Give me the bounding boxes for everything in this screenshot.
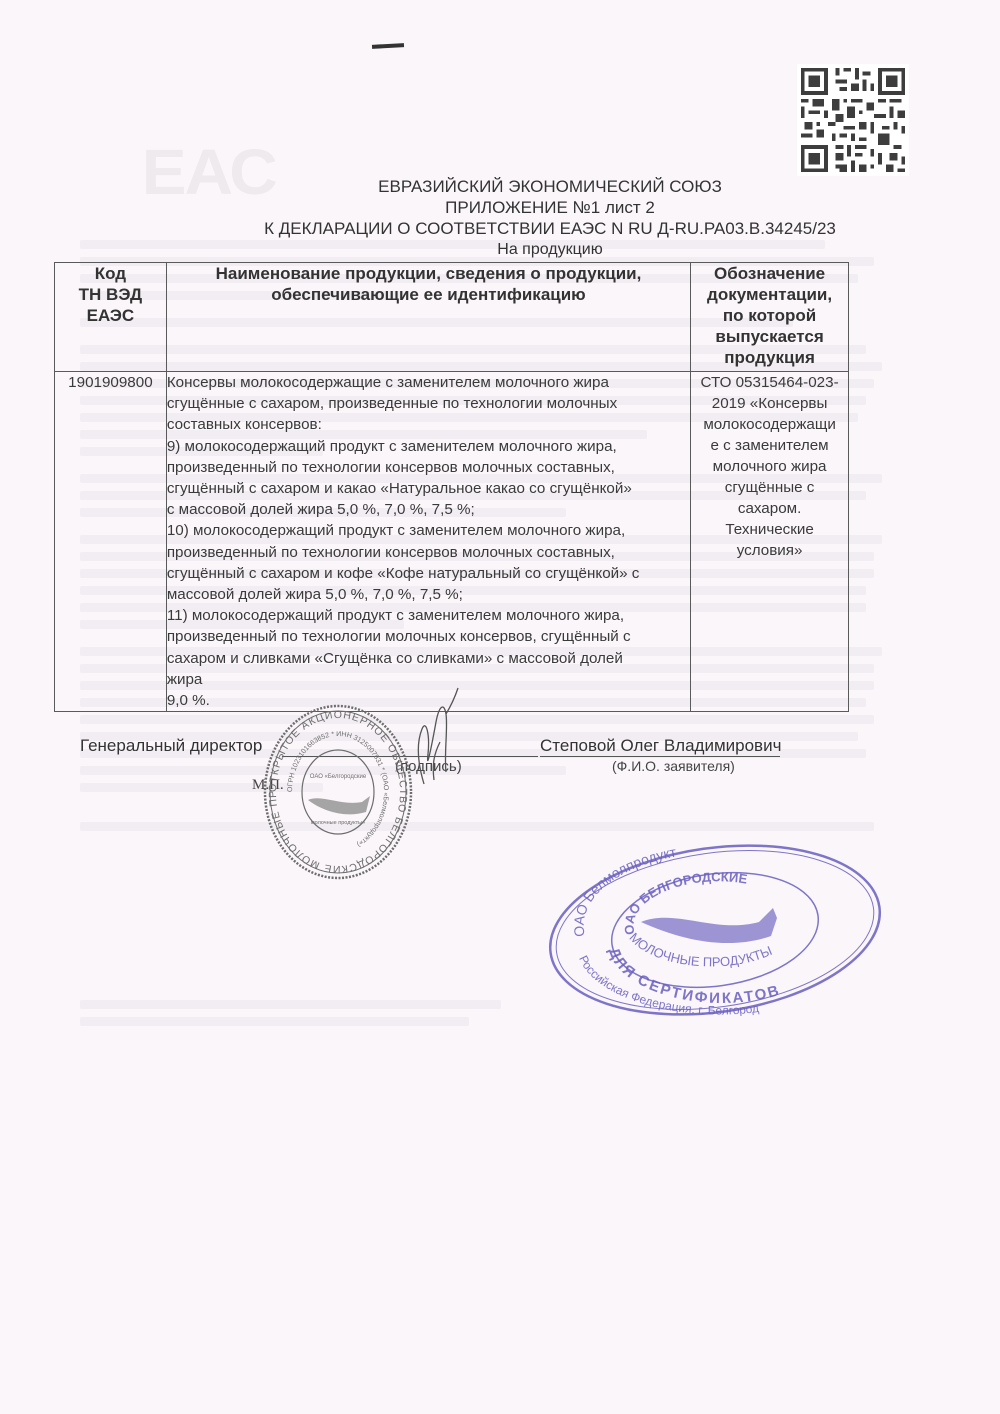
signatory-role: Генеральный директор bbox=[80, 736, 262, 756]
product-heading: На продукцию bbox=[160, 239, 940, 260]
products-table: Код ТН ВЭД ЕАЭС Наименование продукции, … bbox=[54, 262, 849, 712]
round-company-stamp: ОТКРЫТОЕ АКЦИОНЕРНОЕ ОБЩЕСТВО БЕЛГОРОДСК… bbox=[262, 702, 414, 882]
tnved-code: 1901909800 bbox=[55, 372, 167, 712]
handwritten-signature bbox=[404, 684, 464, 799]
column-header-product-name: Наименование продукции, сведения о проду… bbox=[166, 263, 690, 372]
qr-code[interactable] bbox=[797, 64, 909, 176]
declaration-number: К ДЕКЛАРАЦИИ О СООТВЕТСТВИИ ЕАЭС N RU Д-… bbox=[160, 218, 940, 239]
document-header: ЕВРАЗИЙСКИЙ ЭКОНОМИЧЕСКИЙ СОЮЗ ПРИЛОЖЕНИ… bbox=[160, 176, 940, 260]
oval-certification-stamp: ОАО Белмолпродукт ОАО БЕЛГОРОДСКИЕ МОЛОЧ… bbox=[545, 838, 885, 1016]
svg-text:молочные продукты»: молочные продукты» bbox=[311, 820, 365, 826]
table-header-row: Код ТН ВЭД ЕАЭС Наименование продукции, … bbox=[55, 263, 849, 372]
stamp-round-icon: ОТКРЫТОЕ АКЦИОНЕРНОЕ ОБЩЕСТВО БЕЛГОРОДСК… bbox=[262, 702, 414, 882]
column-header-documentation: Обозначение документации, по которой вып… bbox=[691, 263, 849, 372]
table-row: 1901909800 Консервы молокосодержащие с з… bbox=[55, 372, 849, 712]
ink-mark bbox=[372, 43, 404, 49]
stamp-oval-icon: ОАО Белмолпродукт ОАО БЕЛГОРОДСКИЕ МОЛОЧ… bbox=[545, 838, 885, 1016]
column-header-code: Код ТН ВЭД ЕАЭС bbox=[55, 263, 167, 372]
signatory-name: Степовой Олег Владимирович bbox=[540, 736, 781, 756]
product-description: Консервы молокосодержащие с заменителем … bbox=[166, 372, 690, 712]
svg-text:ОАО «Белгородские: ОАО «Белгородские bbox=[310, 774, 367, 780]
union-title: ЕВРАЗИЙСКИЙ ЭКОНОМИЧЕСКИЙ СОЮЗ bbox=[160, 176, 940, 197]
appendix-title: ПРИЛОЖЕНИЕ №1 лист 2 bbox=[160, 197, 940, 218]
standard-document: СТО 05315464-023- 2019 «Консервы молокос… bbox=[691, 372, 849, 712]
signature-scribble-icon bbox=[404, 684, 464, 794]
name-line bbox=[540, 756, 780, 757]
qr-code-icon bbox=[797, 64, 909, 176]
name-caption: (Ф.И.О. заявителя) bbox=[612, 758, 735, 774]
